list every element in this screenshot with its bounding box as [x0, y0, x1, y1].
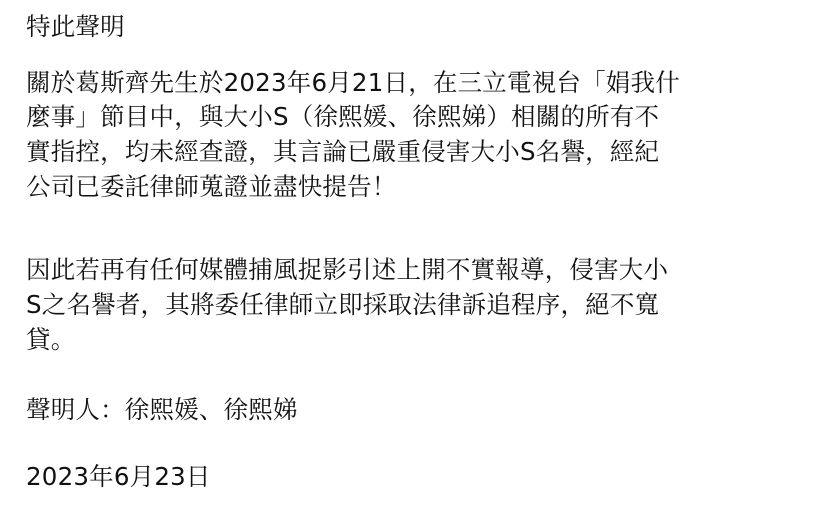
statement-date: 2023年6月23日 — [26, 460, 211, 494]
paragraph-line: 關於葛斯齊先生於2023年6月21日，在三立電視台「娟我什 — [26, 66, 680, 100]
statement-title: 特此聲明 — [26, 10, 125, 44]
paragraph-line: S之名譽者，其將委任律師立即採取法律訴追程序，絕不寬 — [26, 288, 659, 322]
paragraph-line: 因此若再有任何媒體捕風捉影引述上開不實報導，侵害大小 — [26, 253, 668, 287]
paragraph-line: 麼事」節目中，與大小S（徐熙媛、徐熙娣）相關的所有不 — [26, 100, 659, 134]
signatory-line: 聲明人：徐熙媛、徐熙娣 — [26, 393, 298, 427]
paragraph-line: 實指控，均未經查證，其言論已嚴重侵害大小S名譽，經紀 — [26, 135, 659, 169]
paragraph-line: 公司已委託律師蒐證並盡快提告！ — [26, 170, 397, 204]
paragraph-line: 貸。 — [26, 323, 75, 357]
